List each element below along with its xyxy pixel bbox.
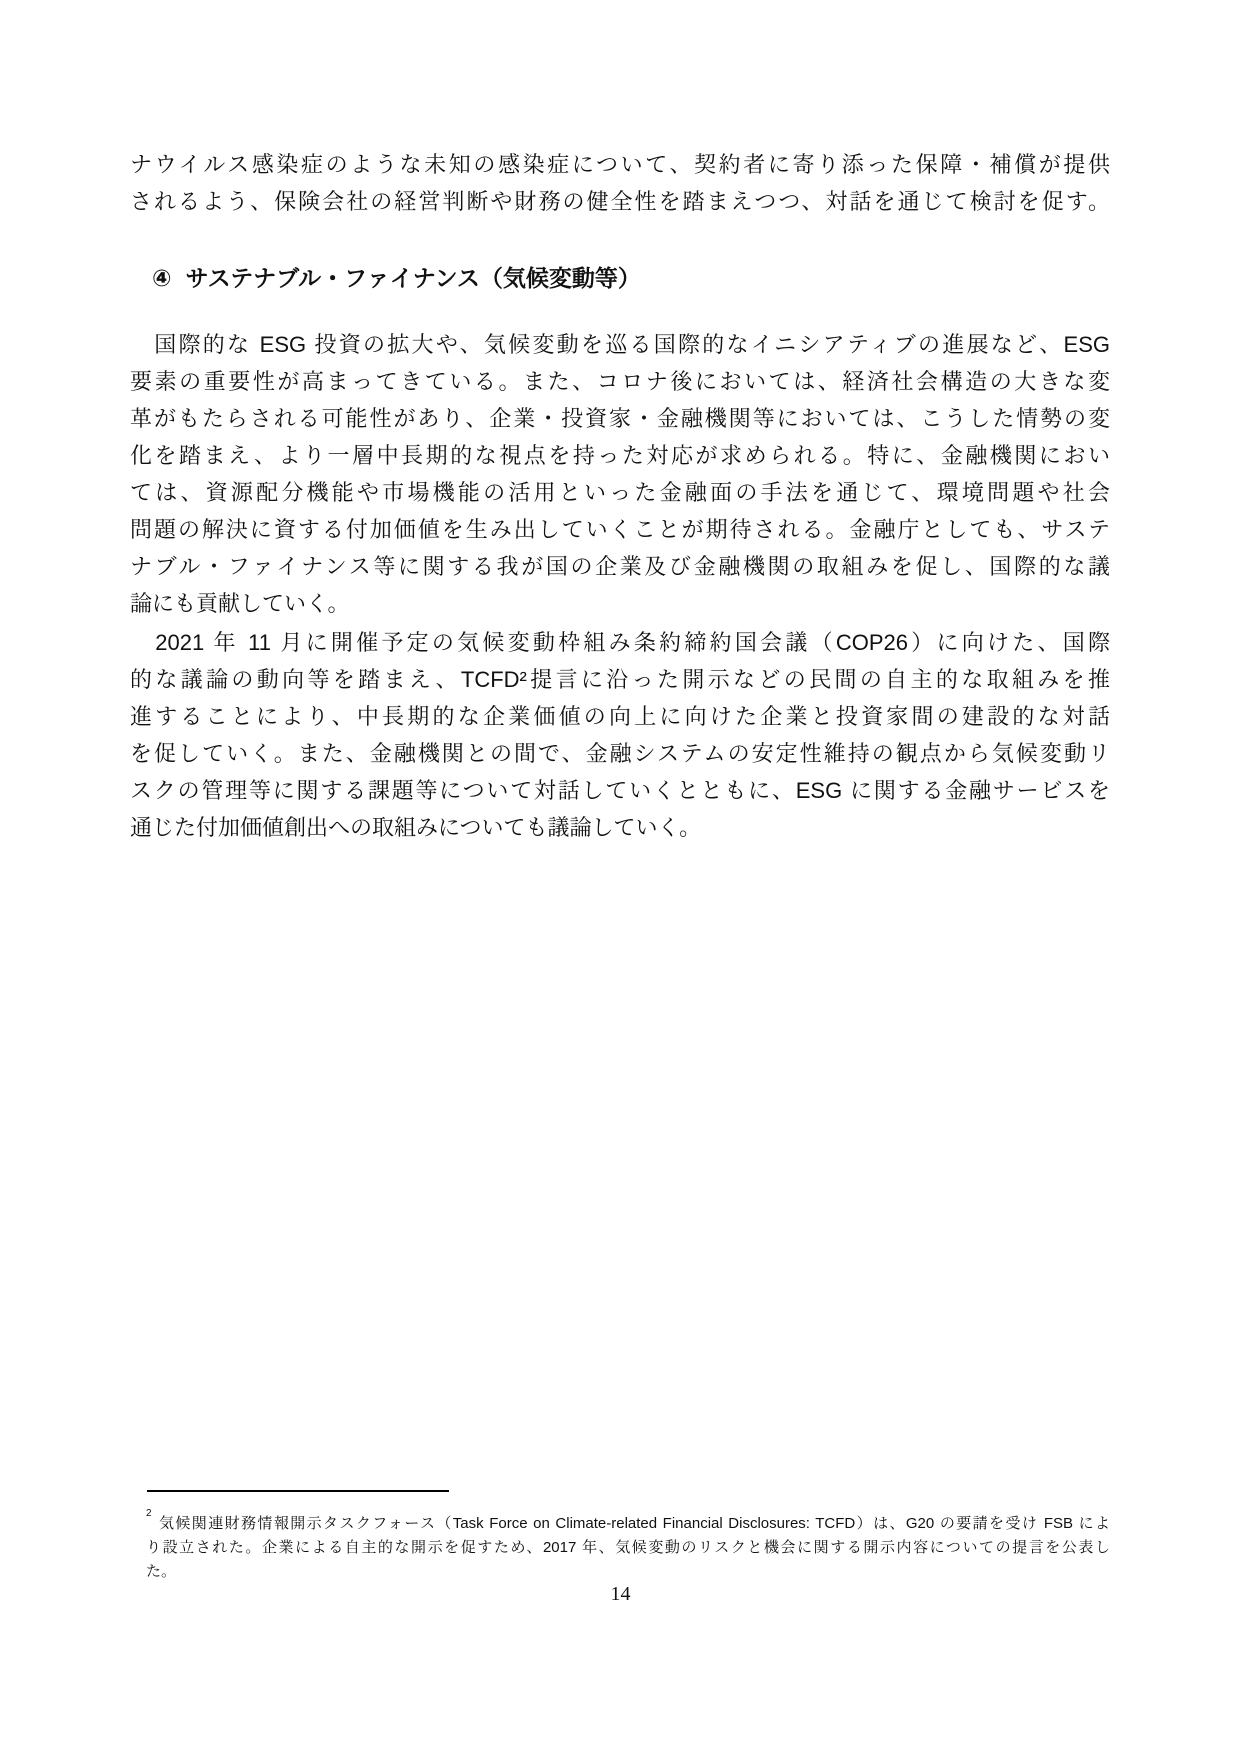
text-line: 2021 年 11 月に開催予定の気候変動枠組み条約締約国会議（COP26）に向…: [130, 624, 1110, 661]
section-heading: ④サステナブル・ファイナンス（気候変動等）: [152, 260, 641, 297]
page-number: 14: [0, 1582, 1241, 1606]
text-line: 論にも貢献していく。: [130, 585, 1110, 622]
footnote: 2気候関連財務情報開示タスクフォース（Task Force on Climate…: [146, 1508, 1110, 1584]
text-line: 要素の重要性が高まってきている。また、コロナ後においては、経済社会構造の大きな変: [130, 363, 1110, 400]
text-line: 国際的な ESG 投資の拡大や、気候変動を巡る国際的なイニシアティブの進展など、…: [130, 326, 1110, 363]
text-line: 問題の解決に資する付加価値を生み出していくことが期待される。金融庁としても、サス…: [130, 511, 1110, 548]
text-line: 通じた付加価値創出への取組みについても議論していく。: [130, 809, 1110, 846]
paragraph-cop26: 2021 年 11 月に開催予定の気候変動枠組み条約締約国会議（COP26）に向…: [130, 624, 1110, 846]
footnote-line: り設立された。企業による自主的な開示を促すため、2017 年、気候変動のリスクと…: [146, 1536, 1110, 1560]
footnote-separator: [147, 1490, 449, 1492]
paragraph-esg: 国際的な ESG 投資の拡大や、気候変動を巡る国際的なイニシアティブの進展など、…: [130, 326, 1110, 622]
text-line: 革がもたらされる可能性があり、企業・投資家・金融機関等においては、こうした情勢の…: [130, 400, 1110, 437]
footnote-marker: 2: [146, 1508, 152, 1519]
text-line: ナウイルス感染症のような未知の感染症について、契約者に寄り添った保障・補償が提供: [130, 146, 1110, 183]
page: ナウイルス感染症のような未知の感染症について、契約者に寄り添った保障・補償が提供…: [0, 0, 1241, 1754]
text-line: ては、資源配分機能や市場機能の活用といった金融面の手法を通じて、環境問題や社会: [130, 474, 1110, 511]
text-line: 的な議論の動向等を踏まえ、TCFD²提言に沿った開示などの民間の自主的な取組みを…: [130, 661, 1110, 698]
footnote-text: 気候関連財務情報開示タスクフォース（Task Force on Climate-…: [158, 1515, 1110, 1532]
footnote-line: た。: [146, 1560, 1110, 1584]
text-line: されるよう、保険会社の経営判断や財務の健全性を踏まえつつ、対話を通じて検討を促す…: [130, 183, 1110, 220]
heading-title: サステナブル・ファイナンス（気候変動等）: [185, 265, 640, 291]
text-line: 進することにより、中長期的な企業価値の向上に向けた企業と投資家間の建設的な対話: [130, 698, 1110, 735]
text-line: ナブル・ファイナンス等に関する我が国の企業及び金融機関の取組みを促し、国際的な議: [130, 548, 1110, 585]
text-line: スクの管理等に関する課題等について対話していくとともに、ESG に関する金融サー…: [130, 772, 1110, 809]
text-line: 化を踏まえ、より一層中長期的な視点を持った対応が求められる。特に、金融機関におい: [130, 437, 1110, 474]
heading-number: ④: [152, 265, 171, 291]
text-line: を促していく。また、金融機関との間で、金融システムの安定性維持の観点から気候変動…: [130, 735, 1110, 772]
footnote-line: 2気候関連財務情報開示タスクフォース（Task Force on Climate…: [146, 1508, 1110, 1536]
continuation-paragraph: ナウイルス感染症のような未知の感染症について、契約者に寄り添った保障・補償が提供…: [130, 146, 1110, 220]
